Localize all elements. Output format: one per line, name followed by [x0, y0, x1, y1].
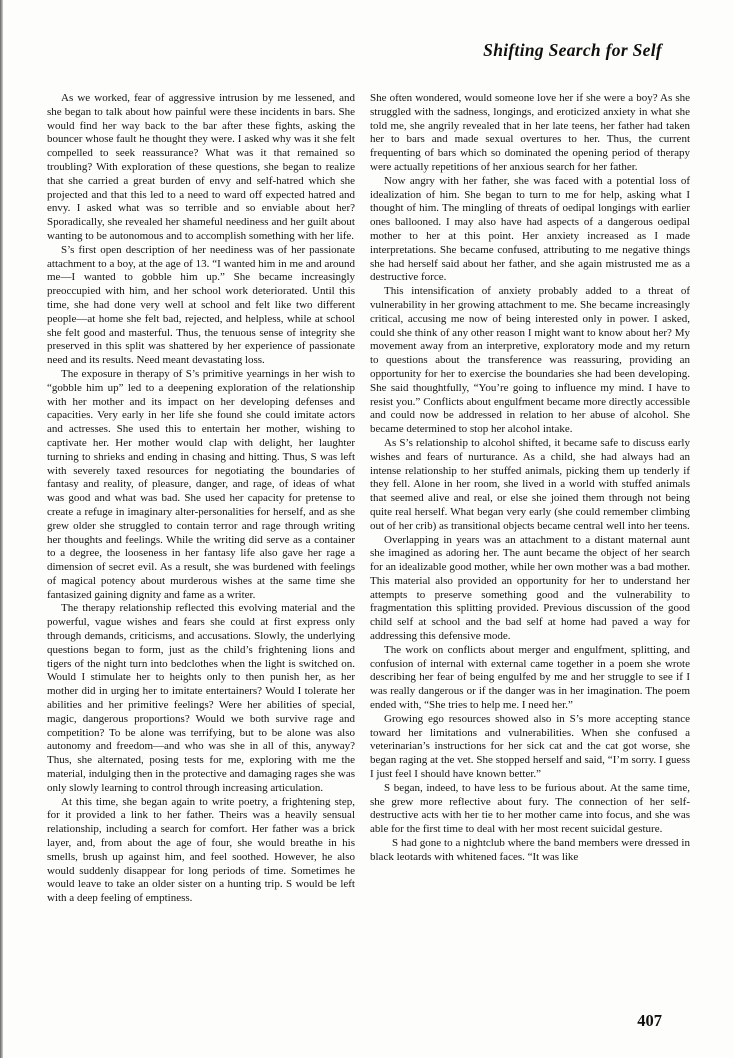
page-number: 407 [637, 1011, 662, 1031]
paragraph: As we worked, fear of aggressive intrusi… [47, 92, 355, 244]
paragraph: Now angry with her father, she was faced… [370, 175, 690, 285]
running-head: Shifting Search for Self [483, 40, 662, 61]
scan-edge-artifact [0, 0, 3, 1058]
paragraph: Overlapping in years was an attachment t… [370, 534, 690, 644]
paragraph: This intensification of anxiety probably… [370, 285, 690, 437]
paragraph: S had gone to a nightclub where the band… [370, 837, 690, 865]
left-column: As we worked, fear of aggressive intrusi… [47, 92, 355, 906]
paragraph: As S’s relationship to alcohol shifted, … [370, 437, 690, 534]
paragraph: The exposure in therapy of S’s primitive… [47, 368, 355, 603]
paragraph: Growing ego resources showed also in S’s… [370, 713, 690, 782]
right-column: She often wondered, would someone love h… [370, 92, 690, 906]
document-page: Shifting Search for Self As we worked, f… [0, 0, 734, 1058]
paragraph: S began, indeed, to have less to be furi… [370, 782, 690, 837]
text-columns: As we worked, fear of aggressive intrusi… [47, 92, 690, 906]
paragraph: At this time, she began again to write p… [47, 796, 355, 906]
paragraph: The therapy relationship reflected this … [47, 602, 355, 795]
paragraph: The work on conflicts about merger and e… [370, 644, 690, 713]
paragraph: S’s first open description of her needin… [47, 244, 355, 368]
paragraph: She often wondered, would someone love h… [370, 92, 690, 175]
